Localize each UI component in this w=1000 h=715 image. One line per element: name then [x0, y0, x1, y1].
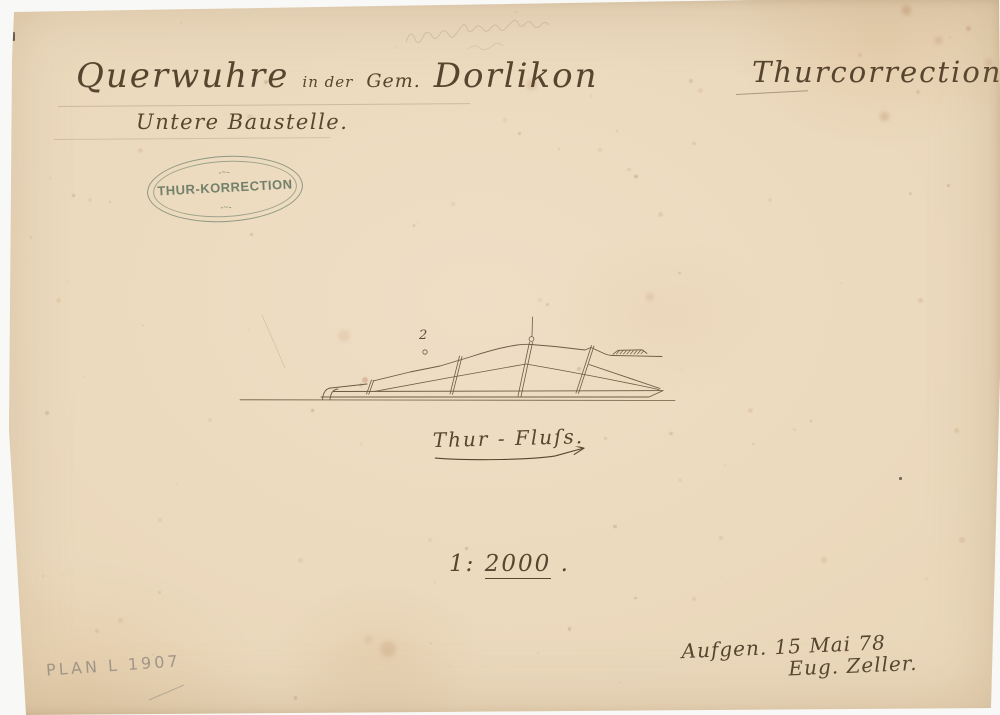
- archive-stamp: -~- THUR-KORRECTION -~-: [145, 152, 304, 226]
- foxing-spot: [30, 236, 33, 239]
- foxing-spot: [176, 483, 177, 484]
- title-word: Querwuhre: [76, 56, 289, 96]
- foxing-spot: [768, 198, 772, 202]
- foxing-spot: [627, 168, 630, 171]
- left-cap: [323, 388, 339, 400]
- foxing-spot: [430, 643, 431, 644]
- foxing-spot: [722, 577, 723, 578]
- foxing-spot: [810, 420, 811, 421]
- project-swash: [736, 90, 808, 95]
- foxing-spot: [180, 22, 182, 24]
- title-underline: [58, 103, 470, 107]
- ground-line: [240, 400, 675, 401]
- foxing-spot: [428, 538, 432, 542]
- foxing-spot: [515, 11, 518, 14]
- foxing-spot: [880, 112, 889, 121]
- paper-sheet: Querwuhre in der Gem. Dorlikon Untere Ba…: [0, 0, 1000, 715]
- point-2-ring: [423, 350, 427, 354]
- foxing-spot: [83, 376, 85, 378]
- scale-block: 1: 2000 .: [449, 551, 570, 577]
- foxing-spot: [518, 132, 521, 135]
- foxing-spot: [692, 597, 695, 600]
- foxing-spot: [138, 148, 143, 153]
- foxing-spot: [658, 212, 663, 217]
- foxing-spot: [36, 347, 37, 348]
- foxing-spot: [365, 636, 372, 643]
- foxing-spot: [598, 148, 602, 152]
- foxing-spot: [966, 26, 971, 31]
- foxing-spot: [619, 682, 621, 684]
- foxing-spot: [916, 90, 920, 94]
- foxing-spot: [719, 536, 723, 540]
- foxing-spot: [67, 281, 69, 283]
- foxing-spot: [88, 198, 92, 202]
- stake-4: [576, 346, 594, 394]
- foxing-spot: [634, 597, 636, 599]
- foxing-spot: [692, 142, 695, 145]
- foxing-spot: [678, 478, 682, 482]
- foxing-spot: [947, 184, 949, 186]
- right-slope: [589, 365, 660, 389]
- point-2-label: 2: [418, 328, 427, 343]
- foxing-spot: [793, 428, 796, 431]
- foxing-spot: [613, 525, 616, 528]
- foxing-spot: [568, 627, 571, 630]
- foxing-spot: [678, 272, 681, 275]
- foxing-spot: [949, 37, 950, 38]
- edge-defect: [9, 32, 15, 41]
- foxing-spot: [698, 88, 703, 93]
- foxing-spot: [902, 6, 911, 15]
- foxing-spot: [869, 187, 870, 188]
- title-block: Querwuhre in der Gem. Dorlikon: [76, 56, 599, 96]
- slab-top: [333, 391, 663, 392]
- foxing-spot: [413, 224, 416, 227]
- date-signature-block: Aufgen. 15 Mai 78 Eug. Zeller.: [681, 629, 918, 685]
- foxing-spot: [558, 148, 560, 150]
- foxing-spot: [118, 618, 123, 623]
- foxing-spot: [925, 577, 928, 580]
- title-word: Dorlikon: [434, 56, 599, 96]
- foxing-spot: [250, 233, 253, 236]
- survey-pole: [532, 317, 533, 337]
- surveyor-signature: Eug. Zeller.: [788, 651, 918, 681]
- foxing-spot: [669, 432, 673, 436]
- foxing-spot: [294, 696, 297, 699]
- foxing-spot: [45, 411, 49, 415]
- crest-ring: [529, 337, 534, 342]
- outer-profile: [373, 344, 662, 381]
- foxing-spot: [72, 194, 75, 197]
- flow-label-text: Thur - Fluſs.: [432, 424, 598, 452]
- faint-pencil-inscription: [398, 16, 603, 54]
- foxing-spot: [503, 118, 507, 122]
- foxing-spot: [56, 298, 61, 303]
- foxing-spot: [412, 13, 413, 14]
- flow-label-group: Thur - Fluſs.: [432, 424, 598, 470]
- foxing-spot: [396, 47, 397, 48]
- pencil-stroke-mark: [147, 682, 187, 702]
- foxing-spot: [158, 518, 162, 522]
- subtitle-underline: [54, 137, 330, 140]
- foxing-spot: [417, 222, 418, 223]
- foxing-spot: [944, 565, 945, 566]
- foxing-spot: [450, 665, 451, 666]
- foxing-spot: [689, 79, 693, 83]
- foxing-spot: [537, 652, 539, 654]
- stake-1: [367, 380, 374, 394]
- foxing-spot: [109, 201, 111, 203]
- foxing-spot: [465, 547, 468, 550]
- foxing-spot: [62, 574, 63, 575]
- foxing-spot: [380, 641, 396, 657]
- project-title: Thurcorrection.: [752, 55, 1000, 89]
- foxing-spot: [434, 582, 436, 584]
- foxing-spot: [50, 177, 52, 179]
- fascine-hatch: [617, 351, 645, 355]
- foxing-spot: [840, 282, 842, 284]
- foxing-spot: [752, 443, 754, 445]
- foxing-spot: [748, 408, 753, 413]
- foxing-spot: [298, 558, 303, 563]
- foxing-spot: [935, 37, 942, 44]
- foxing-spot: [959, 537, 965, 543]
- foxing-spot: [95, 629, 99, 633]
- foxing-spot: [954, 428, 959, 433]
- foxing-spot: [451, 202, 455, 206]
- foxing-spot: [724, 464, 726, 466]
- foxing-spot: [699, 360, 700, 361]
- foxing-spot: [909, 192, 912, 195]
- foxing-spot: [758, 190, 759, 191]
- foxing-spot: [360, 443, 362, 445]
- title-word: Gem.: [366, 70, 420, 92]
- foxing-spot: [142, 325, 143, 326]
- inner-profile: [374, 364, 659, 392]
- foxing-spot: [604, 437, 607, 440]
- foxing-spot: [918, 298, 923, 303]
- foxing-spot: [158, 591, 161, 594]
- title-word: in der: [302, 73, 353, 91]
- foxing-spot: [42, 575, 45, 578]
- stake-2: [450, 356, 462, 395]
- scale-suffix: .: [561, 551, 570, 577]
- left-top-surface: [331, 384, 367, 388]
- scale-value: 2000: [485, 551, 552, 579]
- foxing-spot: [208, 418, 212, 422]
- weir-cross-section-drawing: 2: [233, 298, 683, 410]
- edge-defect: [899, 477, 902, 480]
- foxing-spot: [821, 557, 827, 563]
- scale-prefix: 1:: [449, 551, 475, 577]
- stake-3: [518, 342, 533, 397]
- archive-number-pencil: PLAN L 1907: [46, 651, 182, 679]
- foxing-spot: [634, 175, 637, 178]
- edge-defect: [12, 699, 15, 702]
- foxing-spot: [616, 130, 618, 132]
- subtitle: Untere Baustelle.: [136, 110, 348, 134]
